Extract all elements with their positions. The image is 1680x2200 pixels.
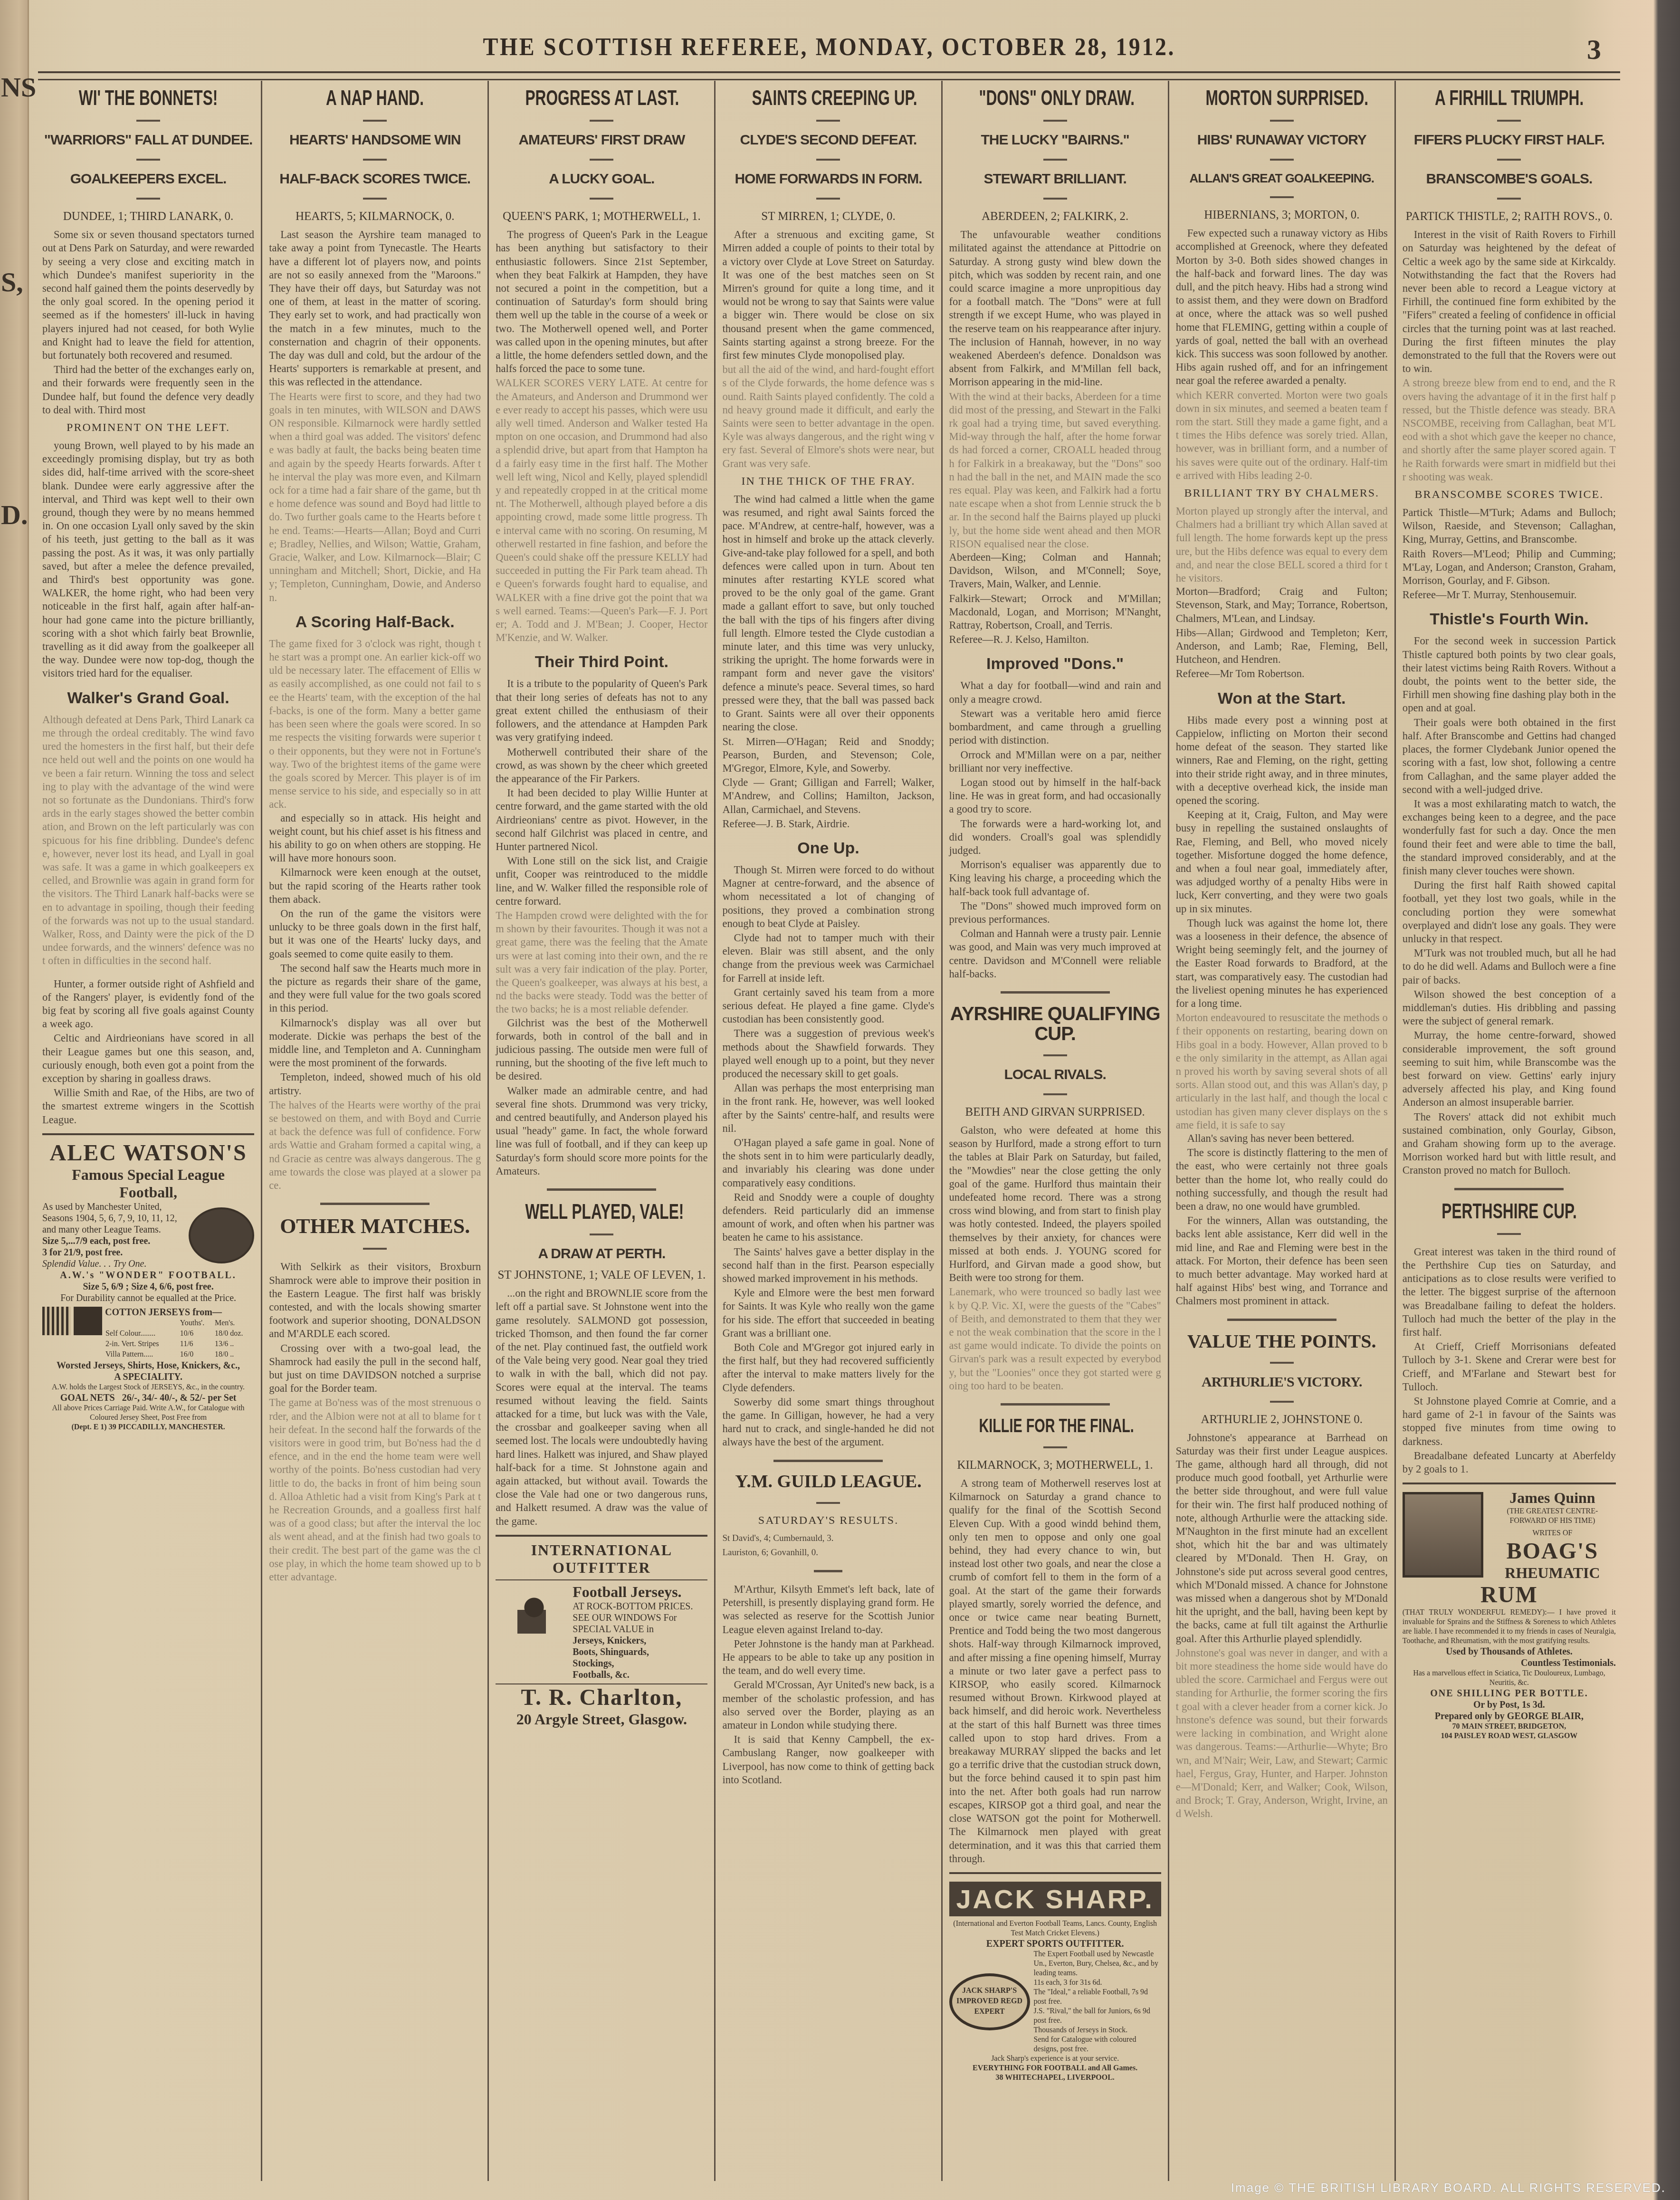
team-lineup: Hibs—Allan; Girdwood and Templeton; Kerr… [1176, 626, 1388, 667]
referee: Referee—Mr T. Murray, Stenhousemuir. [1403, 588, 1616, 602]
results-list: St David's, 4; Cumbernauld, 3. Lauriston… [722, 1532, 934, 1559]
football-icon [189, 1207, 254, 1263]
divider [1497, 1233, 1521, 1235]
divider [136, 120, 160, 122]
notes: M'Arthur, Kilsyth Emmet's left back, lat… [722, 1583, 934, 1787]
divider [1497, 159, 1521, 161]
paragraph: Colman and Hannah were a trusty pair. Le… [949, 927, 1161, 981]
divider [363, 120, 387, 122]
ad-text: Worsted Jerseys, Shirts, Hose, Knickers,… [42, 1360, 254, 1371]
article-body-continued: WALKER SCORES VERY LATE. At centre for t… [496, 376, 707, 644]
divider [1497, 198, 1521, 200]
headline: PROGRESS AT LAST. [525, 87, 678, 109]
section-rule [547, 1188, 656, 1191]
paragraph: The wind had calmed a little when the ga… [722, 493, 934, 734]
column-2: A NAP HAND. HEARTS' HANDSOME WIN HALF-BA… [262, 81, 489, 2181]
paragraph: With Lone still on the sick list, and Cr… [496, 854, 707, 908]
paragraph: Wilson showed the best conception of a m… [1403, 988, 1616, 1028]
section-headline: PERTHSHIRE CUP. [1432, 1201, 1586, 1223]
divider [1043, 1054, 1067, 1056]
divider [1043, 198, 1067, 200]
article-body: Great interest was taken in the third ro… [1403, 1245, 1616, 1476]
ad-address: 70 MAIN STREET, BRIDGETON, [1403, 1722, 1616, 1731]
paragraph: young Brown, well played to by his made … [42, 439, 254, 680]
ad-address: (Dept. E 1) 39 PICCADILLY, MANCHESTER. [42, 1423, 254, 1432]
section-rule [1454, 1188, 1564, 1190]
paragraph: Murray, the home centre-forward, showed … [1403, 1029, 1616, 1109]
paragraph: There was a suggestion of previous week'… [722, 1027, 934, 1081]
column-grid: WI' THE BONNETS! "WARRIORS" FALL AT DUND… [36, 81, 1623, 2181]
paragraph: Willie Smith and Rae, of the Hibs, are t… [42, 1086, 254, 1127]
article-body-continued: The game fixed for 3 o'clock was right, … [269, 637, 481, 812]
inline-heading: One Up. [722, 839, 934, 858]
ad-text: The Expert Football used by Newcastle Un… [1034, 1950, 1161, 1978]
subhead: HEARTS' HANDSOME WIN [269, 132, 481, 148]
subhead: SATURDAY'S RESULTS. [722, 1514, 934, 1527]
ad-price: 26/-, 34/- 40/-, & 52/- per Set [122, 1393, 237, 1403]
match-score: ABERDEEN, 2; FALKIRK, 2. [949, 210, 1161, 223]
ad-text: As used by Manchester United, Seasons 19… [42, 1201, 185, 1235]
article-body: Hibs made every post a winning post at C… [1176, 714, 1388, 1010]
inline-heading: A Scoring Half-Back. [269, 613, 481, 631]
referee: Referee—Mr Tom Robertson. [1176, 667, 1388, 680]
paragraph: What a day for football—wind and rain an… [949, 679, 1161, 706]
divider [1043, 120, 1067, 122]
article-body-continued: The halves of the Hearts were worthy of … [269, 1099, 481, 1192]
paragraph: The Saints' halves gave a better display… [722, 1245, 934, 1286]
subhead: HOME FORWARDS IN FORM. [722, 171, 934, 187]
divider [590, 1234, 613, 1235]
inline-heading: Improved "Dons." [949, 655, 1161, 673]
inline-heading: BRILLIANT TRY BY CHALMERS. [1176, 487, 1388, 500]
subhead: THE LUCKY "BAIRNS." [949, 132, 1161, 148]
paragraph: Celtic and Airdrieonians have scored in … [42, 1032, 254, 1085]
team-lineup: Partick Thistle—M'Turk; Adams and Bulloc… [1403, 506, 1616, 546]
column-7: A FIRHILL TRIUMPH. FIFERS PLUCKY FIRST H… [1396, 81, 1623, 2181]
inline-heading: Won at the Start. [1176, 689, 1388, 708]
ad-item: Jerseys, Knickers, [573, 1635, 707, 1646]
ad-text: Has a marvellous effect in Sciatica, Tic… [1403, 1669, 1616, 1688]
article-body: young Brown, well played to by his made … [42, 439, 254, 680]
article-body: Interest in the visit of Raith Rovers to… [1403, 228, 1616, 375]
paragraph: The progress of Queen's Park in the Leag… [496, 228, 707, 375]
section-rule [320, 1203, 430, 1205]
divider [1270, 120, 1294, 122]
paragraph: It is said that Kenny Campbell, the ex-C… [722, 1733, 934, 1787]
divider [1270, 1362, 1294, 1364]
advertisement-boags-rum: James Quinn (THE GREATEST CENTRE-FORWARD… [1403, 1483, 1616, 1741]
section-rule [1001, 991, 1110, 994]
paragraph: For the second week in succession Partic… [1403, 634, 1616, 715]
divider [816, 198, 840, 200]
ad-text: The "Ideal," a reliable Football, 7s 9d … [1034, 1988, 1161, 2007]
referee: Referee—R. J. Kelso, Hamilton. [949, 633, 1161, 646]
paragraph: Galston, who were defeated at home this … [949, 1124, 1161, 1284]
paragraph: Hunter, a former outside right of Ashfie… [42, 977, 254, 1031]
section-headline: AYRSHIRE QUALIFYING CUP. [949, 1004, 1161, 1044]
gutter-fragment: S, [1, 266, 23, 298]
inline-heading: PROMINENT ON THE LEFT. [42, 421, 254, 434]
article-body: A strong team of Motherwell reserves los… [949, 1477, 1161, 1865]
headline: A FIRHILL TRIUMPH. [1432, 87, 1586, 109]
masthead-title: THE SCOTTISH REFEREE, MONDAY, OCTOBER 28… [483, 33, 1175, 61]
ad-tagline: Famous Special League Football, [42, 1166, 254, 1201]
ad-address: 38 WHITECHAPEL, LIVERPOOL. [949, 2073, 1161, 2083]
match-score: ARTHURLIE 2, JOHNSTONE 0. [1176, 1413, 1388, 1426]
paragraph: Breadalbane defeated Luncarty at Aberfel… [1403, 1449, 1616, 1476]
article-body: It is a tribute to the popularity of Que… [496, 677, 707, 908]
notes: Hunter, a former outside right of Ashfie… [42, 977, 254, 1127]
article-body: Though St. Mirren were forced to do with… [722, 863, 934, 1449]
article-body: and especially so in attack. His height … [269, 812, 481, 1098]
page-number: 3 [1587, 33, 1601, 66]
ad-text: A.W. holds the Largest Stock of JERSEYS,… [42, 1383, 254, 1392]
ad-text: Prepared only by GEORGE BLAIR, [1403, 1711, 1616, 1722]
paragraph: Few expected such a runaway victory as H… [1176, 227, 1388, 387]
paragraph: Great interest was taken in the third ro… [1403, 1245, 1616, 1339]
ad-quote: (THAT TRULY WONDERFUL REMEDY):— I have p… [1403, 1608, 1616, 1646]
paragraph: Though St. Mirren were forced to do with… [722, 863, 934, 930]
article-body: The wind had calmed a little when the ga… [722, 493, 934, 734]
divider [1497, 120, 1521, 122]
match-score: DUNDEE, 1; THIRD LANARK, 0. [42, 210, 254, 223]
subhead: BEITH AND GIRVAN SURPRISED. [949, 1106, 1161, 1119]
column-3: PROGRESS AT LAST. AMATEURS' FIRST DRAW A… [489, 81, 716, 2181]
ad-item: Stockings, [573, 1658, 707, 1669]
ad-text: Countless Testimonials. [1403, 1657, 1616, 1669]
article-body-continued: Morton endeavoured to resuscitate the me… [1176, 1011, 1388, 1132]
result-item: St David's, 4; Cumbernauld, 3. [722, 1532, 934, 1545]
match-score: ST JOHNSTONE, 1; VALE OF LEVEN, 1. [496, 1269, 707, 1282]
result-item: Lauriston, 6; Govanhill, 0. [722, 1546, 934, 1559]
portrait-photo [1403, 1492, 1483, 1578]
jersey-icon [74, 1307, 102, 1335]
team-lineup: Raith Rovers—M'Leod; Philip and Cumming;… [1403, 547, 1616, 588]
table-header: Youths'. [180, 1318, 214, 1329]
gutter-fragment: D. [1, 499, 28, 531]
advertisement-jack-sharp: JACK SHARP. (International and Everton F… [949, 1872, 1161, 2083]
ad-item: Boots, Shinguards, [573, 1646, 707, 1658]
team-lineup: St. Mirren—O'Hagan; Reid and Snoddy; Pea… [722, 735, 934, 775]
table-header: Men's. [214, 1318, 254, 1329]
article-body-continued: A strong breeze blew from end to end, an… [1403, 376, 1616, 484]
masthead-rule [38, 71, 1620, 80]
paragraph: The unfavourable weather conditions mili… [949, 228, 1161, 389]
subhead: CLYDE'S SECOND DEFEAT. [722, 132, 934, 148]
ad-address: 20 Argyle Street, Glasgow. [496, 1711, 707, 1728]
article-body-continued: Although defeated at Dens Park, Third La… [42, 713, 254, 968]
newspaper-page: NS S, D. THE SCOTTISH REFEREE, MONDAY, O… [0, 0, 1680, 2200]
article-body: For the second week in succession Partic… [1403, 634, 1616, 1177]
paragraph: Orrock and M'Millan were on a par, neith… [949, 748, 1161, 775]
subhead: ALLAN'S GREAT GOALKEEPING. [1176, 171, 1388, 186]
article-body: ...on the right and BROWNLIE score from … [496, 1287, 707, 1528]
subhead: HIBS' RUNAWAY VICTORY [1176, 132, 1388, 148]
ad-text: All above Prices Carriage Paid. Write A.… [42, 1404, 254, 1423]
article-body-continued: Lanemark, who were trounced so badly las… [949, 1285, 1161, 1393]
paragraph: Walker made an admirable centre, and had… [496, 1084, 707, 1178]
ad-text: A SPECIALITY. [42, 1371, 254, 1383]
divider [136, 159, 160, 161]
paragraph: Logan stood out by himself in the half-b… [949, 776, 1161, 816]
article-body-continued: which KERR converted. Morton were two go… [1176, 389, 1388, 482]
team-lineup: Falkirk—Stewart; Orrock and M'Millan; Ma… [949, 592, 1161, 632]
ad-text: COTTON JERSEYS from— [105, 1307, 254, 1318]
article-body-continued: Johnstone's goal was never in danger, an… [1176, 1646, 1388, 1821]
paragraph: Some six or seven thousand spectators tu… [42, 228, 254, 362]
paragraph: Stewart was a veritable hero amid fierce… [949, 707, 1161, 747]
paragraph: With Selkirk as their visitors, Broxburn… [269, 1260, 481, 1340]
headline: A NAP HAND. [299, 87, 451, 109]
paragraph: St Johnstone played Comrie at Comrie, an… [1403, 1395, 1616, 1448]
ad-title: Football Jerseys. [573, 1583, 707, 1601]
subhead: LOCAL RIVALS. [949, 1067, 1161, 1083]
headline: MORTON SURPRISED. [1205, 87, 1358, 109]
ad-text: For Durability cannot be equalled at the… [42, 1292, 254, 1304]
divider [1270, 159, 1294, 161]
table-row: Villa Pattern.....16/018/0 .. [105, 1349, 254, 1360]
table-row: 2-in. Vert. Stripes11/613/6 .. [105, 1339, 254, 1349]
paragraph: Sowerby did some smart things throughout… [722, 1396, 934, 1449]
match-score: QUEEN'S PARK, 1; MOTHERWELL, 1. [496, 210, 707, 223]
football-icon: JACK SHARP'S IMPROVED REGD EXPERT [949, 1973, 1030, 2030]
paragraph: Grant certainly saved his team from a mo… [722, 986, 934, 1026]
subhead: A DRAW AT PERTH. [496, 1246, 707, 1262]
paragraph: Morrison's equaliser was apparently due … [949, 858, 1161, 899]
headline: WI' THE BONNETS! [72, 87, 224, 109]
divider [816, 159, 840, 161]
article-body: After a strenuous and exciting game, St … [722, 228, 934, 362]
subhead: A LUCKY GOAL. [496, 171, 707, 187]
paragraph: Peter Johnstone is the handy man at Park… [722, 1637, 934, 1678]
referee: Referee—J. B. Stark, Airdrie. [722, 817, 934, 831]
column-1: WI' THE BONNETS! "WARRIORS" FALL AT DUND… [36, 81, 262, 2181]
divider [1270, 1401, 1294, 1403]
ad-text: Splendid Value. . . Try One. [42, 1258, 185, 1270]
team-lineups: St. Mirren—O'Hagan; Reid and Snoddy; Pea… [722, 735, 934, 831]
inline-heading: IN THE THICK OF THE FRAY. [722, 475, 934, 488]
paragraph: It had been decided to play Willie Hunte… [496, 786, 707, 853]
paragraph: Kilmarnock's display was all over but mo… [269, 1016, 481, 1070]
copyright-watermark: Image © THE BRITISH LIBRARY BOARD. ALL R… [1231, 2181, 1666, 2195]
ad-text: Thousands of Jerseys in Stock. [1034, 2026, 1161, 2035]
paragraph: Clyde had not to tamper much with their … [722, 931, 934, 985]
ad-text: EVERYTHING FOR FOOTBALL and All Games. [949, 2064, 1161, 2073]
paragraph: Allan's saving has never been bettered. [1176, 1132, 1388, 1145]
paragraph: Keeping at it, Craig, Fulton, and May we… [1176, 808, 1388, 916]
subhead: HALF-BACK SCORES TWICE. [269, 171, 481, 187]
subhead: BRANSCOMBE'S GOALS. [1403, 171, 1616, 187]
section-headline: WELL PLAYED, VALE! [525, 1201, 678, 1223]
paragraph: Third had the better of the exchanges ea… [42, 363, 254, 417]
divider [363, 198, 387, 200]
section-headline: VALUE THE POINTS. [1176, 1331, 1388, 1351]
masthead: THE SCOTTISH REFEREE, MONDAY, OCTOBER 28… [38, 33, 1620, 67]
article-body: Galston, who were defeated at home this … [949, 1124, 1161, 1284]
paragraph: After a strenuous and exciting game, St … [722, 228, 934, 362]
subhead: AMATEURS' FIRST DRAW [496, 132, 707, 148]
divider [1043, 1093, 1067, 1095]
article-body: Last season the Ayrshire team managed to… [269, 228, 481, 389]
article-body: With Selkirk as their visitors, Broxburn… [269, 1260, 481, 1395]
ad-text: Jack Sharp's experience is at your servi… [949, 2054, 1161, 2064]
ad-item: Footballs, &c. [573, 1669, 707, 1681]
paragraph: The Rovers' attack did not exhibit much … [1403, 1110, 1616, 1177]
paragraph: Both Cole and M'Gregor got injured early… [722, 1341, 934, 1395]
paragraph: Kilmarnock were keen enough at the outse… [269, 866, 481, 906]
paragraph: O'Hagan played a safe game in goal. None… [722, 1136, 934, 1190]
paragraph: Allan was perhaps the most enterprising … [722, 1081, 934, 1135]
ad-text: Used by Thousands of Athletes. [1403, 1646, 1616, 1657]
match-score: PARTICK THISTLE, 2; RAITH ROVS., 0. [1403, 210, 1616, 223]
divider [590, 120, 613, 122]
match-score: HEARTS, 5; KILMARNOCK, 0. [269, 210, 481, 223]
advertisement-charlton: INTERNATIONAL OUTFITTER Football Jerseys… [496, 1535, 707, 1728]
team-lineup: Morton—Bradford; Craig and Fulton; Steve… [1176, 585, 1388, 625]
match-score: ST MIRREN, 1; CLYDE, 0. [722, 210, 934, 223]
divider [1043, 159, 1067, 161]
ad-heading: INTERNATIONAL OUTFITTER [496, 1541, 707, 1577]
ad-price: Size 5, 6/9 ; Size 4, 6/6, post free. [42, 1281, 254, 1292]
paragraph: It was a most exhilarating match to watc… [1403, 797, 1616, 878]
article-body-continued: The Hampden crowd were delighted with th… [496, 909, 707, 1016]
article-body-continued: The Hearts were first to score, and they… [269, 390, 481, 604]
section-headline: OTHER MATCHES. [269, 1215, 481, 1237]
column-5: "DONS" ONLY DRAW. THE LUCKY "BAIRNS." ST… [943, 81, 1169, 2181]
ad-price: ONE SHILLING PER BOTTLE. [1403, 1688, 1616, 1699]
article-body-continued: The game at Bo'ness was of the most stre… [269, 1396, 481, 1584]
divider [816, 120, 840, 122]
section-headline: Y.M. GUILD LEAGUE. [722, 1473, 934, 1492]
divider [1270, 196, 1294, 198]
divider [363, 159, 387, 161]
subhead: ARTHURLIE'S VICTORY. [1176, 1374, 1388, 1390]
inline-heading: Their Third Point. [496, 653, 707, 671]
paragraph: A strong team of Motherwell reserves los… [949, 1477, 1161, 1865]
paragraph: Kyle and Elmore were the best men forwar… [722, 1286, 934, 1340]
column-4: SAINTS CREEPING UP. CLYDE'S SECOND DEFEA… [716, 81, 942, 2181]
paragraph: Their goals were both obtained in the fi… [1403, 716, 1616, 796]
footballer-illustration-icon [498, 1586, 570, 1657]
paragraph: The second half saw the Hearts much more… [269, 962, 481, 1015]
article-body: Some six or seven thousand spectators tu… [42, 228, 254, 417]
ad-label: GOAL NETS [60, 1393, 115, 1403]
ad-brand: T. R. Charlton, [496, 1683, 707, 1711]
paragraph: For the winners, Allan was outstanding, … [1176, 1214, 1388, 1308]
ad-brand: JACK SHARP. [949, 1882, 1161, 1916]
section-headline: KILLIE FOR THE FINAL. [979, 1416, 1131, 1436]
advertisement-alec-watson: ALEC WATSON'S Famous Special League Foot… [42, 1133, 254, 1432]
paragraph: Motherwell contributed their share of th… [496, 746, 707, 786]
paragraph: Hibs made every post a winning post at C… [1176, 714, 1388, 807]
ad-product: RUM [1403, 1582, 1616, 1608]
paragraph: and especially so in attack. His height … [269, 812, 481, 865]
subhead: STEWART BRILLIANT. [949, 171, 1161, 187]
team-lineup: Clyde — Grant; Gilligan and Farrell; Wal… [722, 776, 934, 816]
paragraph: Though luck was against the home lot, th… [1176, 917, 1388, 1010]
inline-heading: Walker's Grand Goal. [42, 689, 254, 708]
paragraph: Interest in the visit of Raith Rovers to… [1403, 228, 1616, 375]
ad-price: Or by Post, 1s 3d. [1403, 1699, 1616, 1711]
article-body: The progress of Queen's Park in the Leag… [496, 228, 707, 375]
ad-price: 3 for 21/9, post free. [42, 1247, 185, 1258]
article-body: The unfavourable weather conditions mili… [949, 228, 1161, 389]
ad-text: SEE OUR WINDOWS For SPECIAL VALUE in [573, 1612, 707, 1635]
team-lineups: Aberdeen—King; Colman and Hannah; Davids… [949, 551, 1161, 646]
team-lineup: Aberdeen—King; Colman and Hannah; Davids… [949, 551, 1161, 591]
ad-address: 104 PAISLEY ROAD WEST, GLASGOW [1403, 1731, 1616, 1741]
gutter-fragment: NS [1, 71, 36, 103]
ad-price: Size 5,...7/9 each, post free. [42, 1235, 185, 1247]
subhead: "WARRIORS" FALL AT DUNDEE. [42, 132, 254, 148]
column-6: MORTON SURPRISED. HIBS' RUNAWAY VICTORY … [1169, 81, 1396, 2181]
divider [1043, 1446, 1067, 1448]
divider [590, 159, 613, 161]
divider [136, 198, 160, 200]
divider [816, 1502, 840, 1504]
subhead: GOALKEEPERS EXCEL. [42, 171, 254, 187]
article-body: Johnstone's appearance at Barrhead on Sa… [1176, 1431, 1388, 1645]
article-body-continued: Morton played up strongly after the inte… [1176, 505, 1388, 585]
paragraph: Johnstone's appearance at Barrhead on Sa… [1176, 1431, 1388, 1645]
previous-page-gutter: NS S, D. [0, 0, 29, 2200]
subhead: FIFERS PLUCKY FIRST HALF. [1403, 132, 1616, 148]
paragraph: Templeton, indeed, showed much of his ol… [269, 1071, 481, 1097]
paragraph: ...on the right and BROWNLIE score from … [496, 1287, 707, 1528]
jersey-price-table: Youths'.Men's. Self Colour........10/618… [105, 1318, 254, 1360]
article-body: Allan's saving has never been bettered. … [1176, 1132, 1388, 1308]
section-rule [814, 1570, 842, 1572]
team-lineups: Partick Thistle—M'Turk; Adams and Bulloc… [1403, 506, 1616, 602]
article-body: Gilchrist was the best of the Motherwell… [496, 1016, 707, 1178]
section-rule [1001, 1403, 1110, 1406]
paragraph: On the run of the game the visitors were… [269, 907, 481, 961]
article-body-continued: With the wind at their backs, Aberdeen f… [949, 390, 1161, 551]
section-rule [773, 1460, 883, 1462]
paragraph: M'Turk was not troubled much, but all he… [1403, 947, 1616, 987]
ad-price: 11s each, 3 for 31s 6d. [1034, 1978, 1161, 1988]
team-lineups: Morton—Bradford; Craig and Fulton; Steve… [1176, 585, 1388, 680]
divider [590, 198, 613, 200]
paragraph: The forwards were a hard-working lot, an… [949, 817, 1161, 858]
match-score: KILMARNOCK, 3; MOTHERWELL, 1. [949, 1459, 1161, 1472]
paragraph: Last season the Ayrshire team managed to… [269, 228, 481, 389]
ad-brand: ALEC WATSON'S [42, 1140, 254, 1166]
ad-text: J.S. "Rival," the ball for Juniors, 6s 9… [1034, 2007, 1161, 2026]
ad-text: AT ROCK-BOTTOM PRICES. [573, 1601, 707, 1612]
table-row: Self Colour........10/618/0 doz. [105, 1329, 254, 1339]
paragraph: During the first half Raith showed capit… [1403, 879, 1616, 946]
inline-heading: Thistle's Fourth Win. [1403, 610, 1616, 629]
section-rule [1227, 1319, 1336, 1321]
ad-text: EXPERT SPORTS OUTFITTER. [949, 1938, 1161, 1950]
article-body-continued: but all the aid of the wind, and hard-fo… [722, 363, 934, 470]
paragraph: It is a tribute to the popularity of Que… [496, 677, 707, 744]
jersey-icon [42, 1307, 71, 1335]
article-body: What a day for football—wind and rain an… [949, 679, 1161, 980]
paragraph: Gerald M'Crossan, Ayr United's new back,… [722, 1678, 934, 1732]
paragraph: Reid and Snoddy were a couple of doughty… [722, 1191, 934, 1244]
match-score: HIBERNIANS, 3; MORTON, 0. [1176, 209, 1388, 222]
paragraph: The "Dons" showed much improved form on … [949, 899, 1161, 926]
ad-text: A.W.'s "WONDER" FOOTBALL. [42, 1270, 254, 1281]
paragraph: Crossing over with a two-goal lead, the … [269, 1342, 481, 1396]
paragraph: The score is distinctly flattering to th… [1176, 1146, 1388, 1213]
headline: SAINTS CREEPING UP. [752, 87, 905, 109]
inline-heading: BRANSCOMBE SCORES TWICE. [1403, 488, 1616, 501]
ad-text: (International and Everton Football Team… [949, 1919, 1161, 1938]
paragraph: At Crieff, Crieff Morrisonians defeated … [1403, 1340, 1616, 1394]
